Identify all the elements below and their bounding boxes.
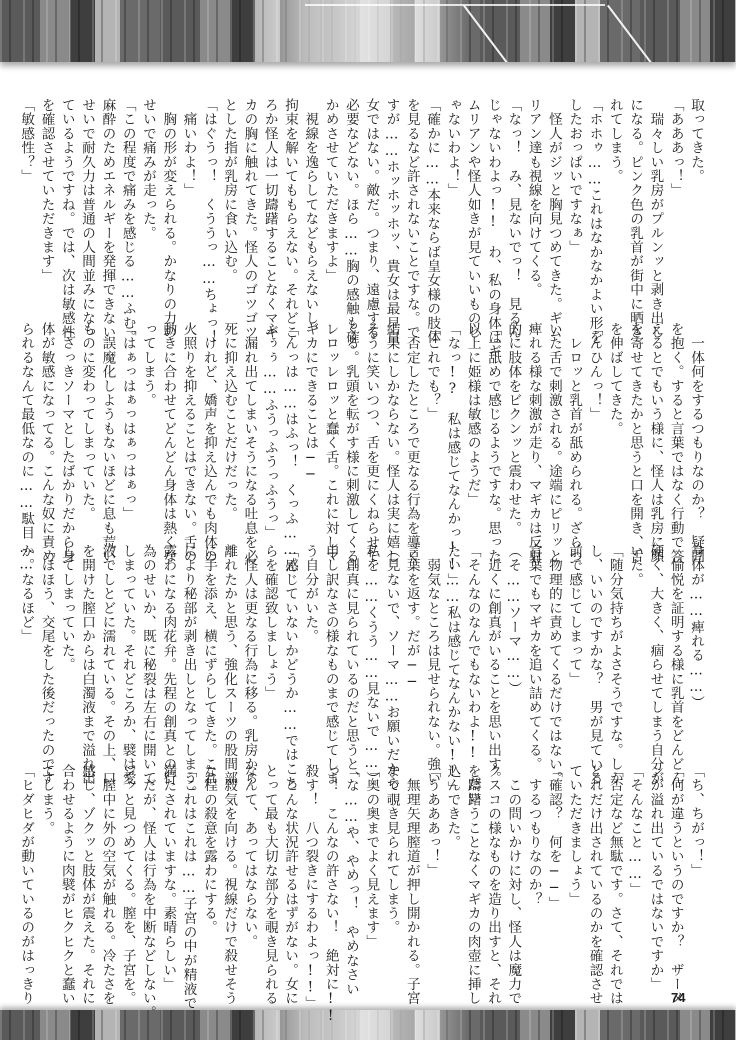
text-column: ているようですね。では、次は敏感性 [57,98,77,302]
text-column: 瑞々しい乳房がプルンッと剥き出し [645,98,665,302]
text-column: けれど、嬌声を抑え込んでも肉体の [199,322,219,526]
text-column: になる。ピンク色の乳首が街中に晒さ [625,98,645,302]
text-column: 「はぐうっ！ くううっ……ちょっ！ [199,98,219,302]
text-column: いた舌で刺激される。途端にピリッと [544,322,564,526]
text-column: 痺れる様な刺激が走り、マギカは反射 [523,322,543,526]
text-column: しまっていた。それどころか、襞は愛 [117,544,137,749]
text-column: られるなんて最低なのに……駄目…… [16,322,36,526]
text-column: 言葉を返す。だが── [402,544,422,749]
text-column: ギカにできることは── [300,322,320,526]
text-column: ものに変わってしまっていた。 [77,322,97,526]
text-column: 「ほほう、交尾をした後だったのです [36,544,56,749]
text-tier-top: 取ってきた。「あああっ！」 瑞々しい乳房がプルンッと剥き出しになる。ピンク色の乳… [78,98,706,302]
text-column: 申し訳なさの様なものまで感じてしま [320,544,340,749]
text-column: 「な……や、やめっ！ やめなさい [341,764,361,974]
text-column: ジッと見つめてくる。膣を、子宮を。 [117,764,137,974]
bottom-decorative-banner [0,1010,736,1040]
text-column: 動きに合わせてどんどん身体は熱くな [158,322,178,526]
text-column: 視線を逸らしてなどもらえないし、 [300,98,320,302]
text-column: 麻酔のためエネルギーを発揮できない [97,98,117,302]
text-column: したおっぱいですなぁ」 [564,98,584,302]
text-column: たい……私は感じてなんかない!!」 [442,544,462,749]
text-column: 「うあああっ！」 [422,764,442,974]
banner-glow [250,1010,470,1040]
text-column: 誤魔化しようもないほどに息も荒い [97,322,117,526]
text-column: まで覗き見られてしまう。 [381,764,401,974]
text-tier-bottom: 身体が……痺れる……） 愉悦を証明する様に乳首をどんどん硬く、大きく、痼らせてし… [78,544,706,749]
text-column: （見ないで、ソーマ……お願いだから [381,544,401,749]
text-column: するつもりなのか？ [523,764,543,974]
text-column: 女ではない。敵だ。つまり、遠慮する [361,98,381,302]
text-column: 「奥の奥までよく見えます」 [361,764,381,974]
text-column: 「そんなこと……」 [625,764,645,974]
text-column: じゃないわよっ!! わ、私の身体はギ [483,98,503,302]
text-column: 「これはこれは……子宮の中が精液で [178,764,198,974]
text-column: 「なっ！ み、見ないでっ！ 見るん [503,98,523,302]
text-column: を確認させていただきます」 [36,98,56,302]
text-column: 体が敏感になってる。こんな奴に責め [36,322,56,526]
text-column: れてしまう。 [605,98,625,302]
text-column: 「この程度で痛みを感じる……ふむ。 [117,98,137,302]
text-column: えるとでもいう様に、怪人は乳房に顔 [645,322,665,526]
text-column: 「感じていないかどうか……ではこち [280,544,300,749]
text-column: 合わせるように肉襞がヒクヒクと蠢い [57,764,77,974]
text-column: なんて、あってはならない。 [239,764,259,974]
text-column: 硬く、大きく、痼らせてしまう自分が [645,544,665,749]
text-column: いた。 [625,544,645,749]
text-column: 必要などない。ほら……胸の感触も確 [341,98,361,302]
text-column: 為のせいか、既に秘裂は左右に開いて [138,544,158,749]
text-column: 殺す！ 八つ裂きにするわよっ!!」 [300,764,320,974]
text-column: 「はぁっはぁっはぁっはぁっ」 [117,322,137,526]
banner-diagonal [463,5,513,62]
text-column: くる。乳頭を転がす様に刺激してくる。 [341,322,361,526]
text-column: 無理矢理膣道が押し開かれる。子宮 [402,764,422,974]
text-column: っ！ こんなの許さない！ 絶対に!! [320,764,340,974]
text-column: そうに笑いつつ、舌を更にくねらせて [361,322,381,526]
text-column: 言葉でもマギカを追い詰めてくる。 [523,544,543,749]
text-column: か。なるほど」 [16,544,36,749]
text-column: ていただきましょう」 [564,764,584,974]
text-column: 一体何をするつもりなのか？ 疑問 [686,322,706,526]
banner-glow [250,0,470,62]
text-column: カの胸に触れてきた。怪人のゴツゴツ [239,98,259,302]
text-column: とって最も大切な部分を覗き見られる [259,764,279,974]
text-column: てしまう。 [36,764,56,974]
text-column: すが……ホッホッホッ、貴女は最早皇 [381,98,401,302]
text-column: し、いいのですかな？ 男が見ている [584,544,604,749]
text-column: 「これでも？」 [422,322,442,526]
text-column: 以上に姫様は敏感のようだ」 [462,322,482,526]
text-column: 「随分気持ちがよさそうですな。しか [605,544,625,749]
text-column: リアン達も視線を向けてくる。 [523,98,543,302]
text-column: 私を……くうう……見ないで……） [361,544,381,749]
text-column: 感じ、ゾクッと肢体が震えた。それに [77,764,97,974]
text-column: により秘部が剥き出しとなってしまう。 [178,544,198,749]
text-column: 愉悦を証明する様に乳首をどんどん [665,544,685,749]
text-column: レロッと乳首が舐められる。ざらつ [564,322,584,526]
text-column: 「ホホゥ……これはなかなかよい形を [584,98,604,302]
text-column: クスコの様なものを造り出すと、それ [483,764,503,974]
text-column: を開けた膣口からは白濁液まで溢れ出 [77,544,97,749]
text-column: してしまっていた。 [57,544,77,749]
text-column: 殺気を向ける。視線だけで殺せそう [219,764,239,974]
text-column: ってしまう。 [138,322,158,526]
text-column: な程の殺意を露わにする。 [199,764,219,974]
text-column: 「確認？ 何を──」 [544,764,564,974]
text-column: に手を添え、横にずらしてきた。これ [199,544,219,749]
text-column: 「んひんっ！」 [584,322,604,526]
text-column: 「あああっ！」 [665,98,685,302]
text-column: ムリアンや怪人如きが見ていいものじ [462,98,482,302]
text-column: （そ……ソーマ……） [503,544,523,749]
text-column: 露わになる肉花弁。先程の創真との行 [158,544,178,749]
text-column: 「ヒダヒダが動いているのがはっきり [16,764,36,974]
text-column: 液でしとどに濡れている。その上、口 [97,544,117,749]
text-column: この問いかけに対し、怪人は魔力で [503,764,523,974]
text-column: 離れたかと思う、強化スーツの股間部 [219,544,239,749]
top-decorative-banner [0,0,736,62]
banner-line [305,4,605,6]
text-column: ろか怪人は一切躊躇することなくマギ [259,98,279,302]
text-column: 死に抑え込むことだけだった。 [219,322,239,526]
text-column: 的に肢体をビクンッと震わせた。 [503,322,523,526]
text-column: ンが溢れ出ているではないですか」 [645,764,665,974]
text-column: 拘束を解いてももらえない。それどこ [280,98,300,302]
text-column: 創真に見られているのだと思うと、 [341,544,361,749]
text-column: ふぅぅ……ふうっふうっふうっ」 [259,322,279,526]
text-column: 胸の形が変えられる。かなりの力の [158,98,178,302]
text-column: 「敏感性？」 [16,98,36,302]
text-tier-lowest: 「ち、ちがっ！」「何が違うというのですか？ ザーメンが溢れ出ているではないですか… [78,764,706,974]
text-column: を躊躇うことなくマギカの肉壺に挿し [462,764,482,974]
text-column: 痛いわよ！」 [178,98,198,302]
text-column: 近くに創真がいることを思い出す。 [483,544,503,749]
text-column: 結果にしかならない。怪人は実に嬉し [381,322,401,526]
text-column: レロッレロッと蠢く舌。これに対しマ [320,322,340,526]
text-column: だが、怪人は行為を中断などしない。 [138,764,158,974]
banner-diagonal [607,5,657,62]
text-column: 否定したところで更なる行為を導く [402,322,422,526]
text-column: せいで痛みが走った。 [138,98,158,302]
text-column: らを確認致しましょう」 [259,544,279,749]
text-column: 「否定など無駄です。さて、それでは [605,764,625,974]
text-column: こんな状況許せるはずがない。女に [280,764,300,974]
text-column: 「なっ!? 私は感じてなんかっ!!」 [442,322,462,526]
text-column: ゃないわよ！」 [442,98,462,302]
text-column: （さっきソーマとしたばかりだから身 [57,322,77,526]
text-column: 「一舐めで感じるようですな。思った [483,322,503,526]
text-column: 身体が……痺れる……） [686,544,706,749]
text-column: かめさせていただきますよ」 [320,98,340,302]
text-column: 取ってきた。 [686,98,706,302]
text-column: を寄せてきたかと思うと口を開き、舌 [625,322,645,526]
text-column: どれだけ出されているのかを確認させ [584,764,604,974]
text-column: 火照りを抑えることはできない。舌の [178,322,198,526]
text-column: 「そんなのなんでもないわよ!! だい [462,544,482,749]
text-column: せいで耐久力は普通の人間並みになっ [77,98,97,302]
text-column: 満たされていますな。素晴らしい」 [158,764,178,974]
text-column: 膣中に外の空気が触れる。冷たさを [97,764,117,974]
text-column: を伸ばしてきた。 [605,322,625,526]
text-column: 前で感じてしまって」 [564,544,584,749]
text-column: を抱く。すると言葉ではなく行動で答 [665,322,685,526]
text-column: 漏れ出てしまいそうになる吐息を必 [239,322,259,526]
text-column: を見るなど許されないことですな。で [402,98,422,302]
text-column: 「何が違うというのですか？ ザーメ [665,764,685,974]
text-column: 「確かに……本来ならば皇女様の肢体 [422,98,442,302]
text-column: う自分がいた。 [300,544,320,749]
text-column: 弱気なところは見せられない。強い [422,544,442,749]
text-column: 込んできた。 [442,764,462,974]
text-column: 怪人がジッと胸見つめてきた。ギム [544,98,564,302]
text-tier-middle: 一体何をするつもりなのか？ 疑問を抱く。すると言葉ではなく行動で答えるとでもいう… [78,322,706,526]
text-column: 「ち、ちがっ！」 [686,764,706,974]
text-column: 怪人は更なる行為に移る。乳房から [239,544,259,749]
text-column: とした指が乳房に食い込む。 [219,98,239,302]
text-column: 物理的に責めてくるだけではない。 [544,544,564,749]
text-column: 「んっは……はふっ！ くっふ……ん [280,322,300,526]
